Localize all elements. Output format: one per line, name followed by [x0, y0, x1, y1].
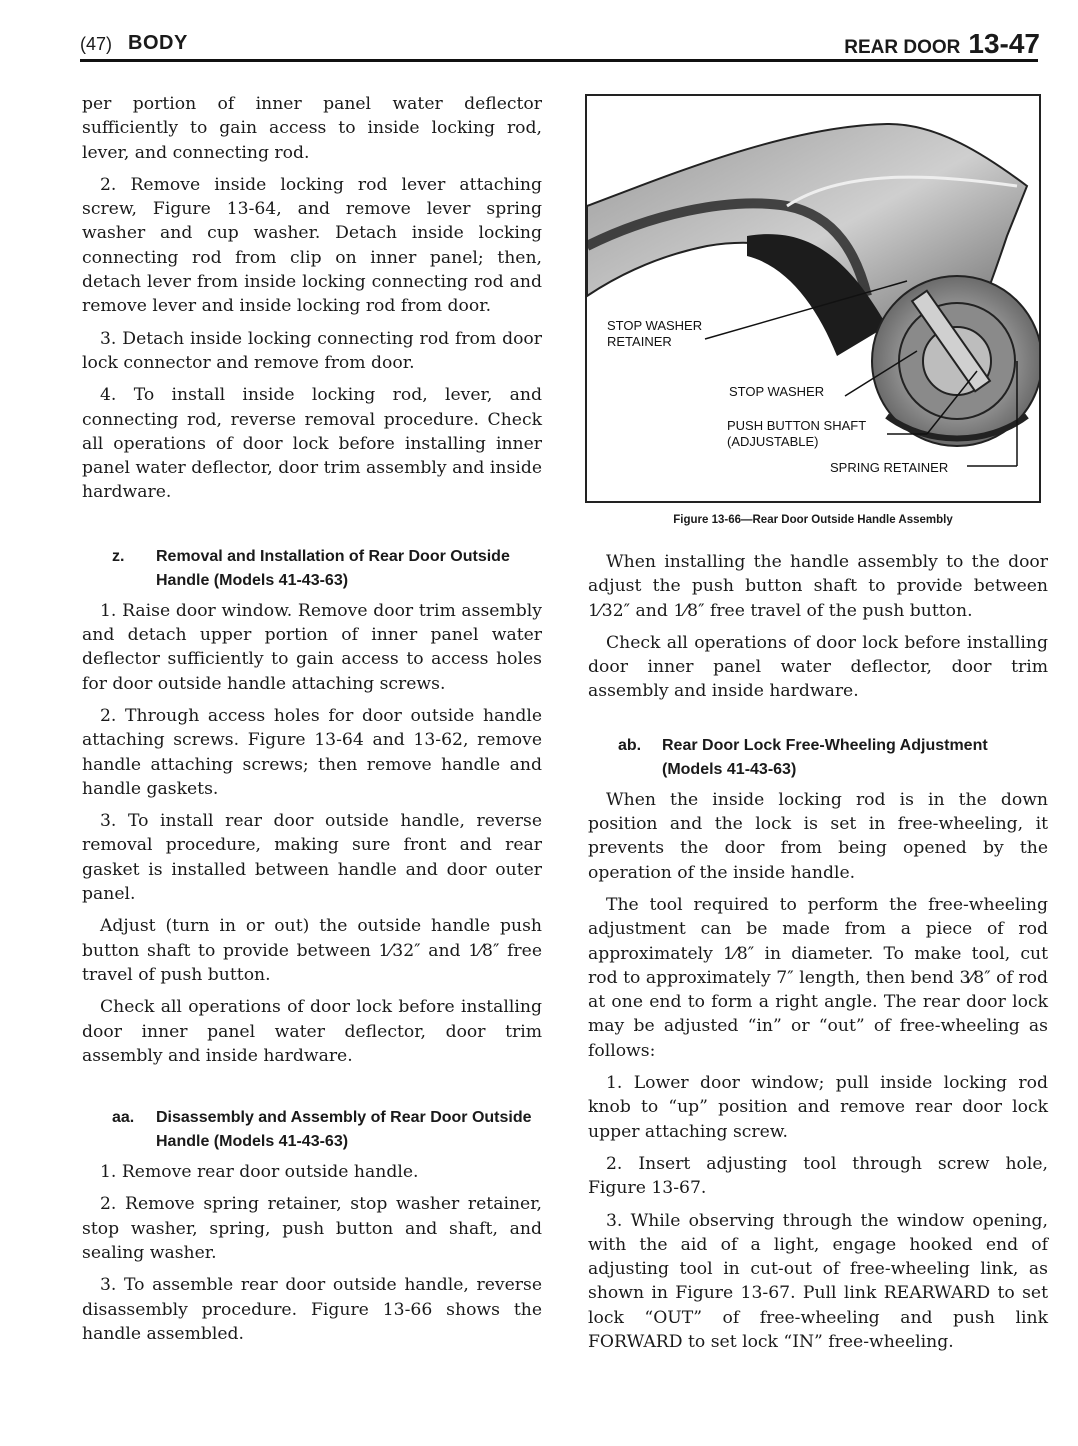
- paragraph: 4. To install inside locking rod, lever,…: [82, 383, 542, 504]
- section-letter: aa.: [112, 1106, 156, 1130]
- header-right: REAR DOOR13-47: [844, 28, 1040, 60]
- paragraph: 3. To assemble rear door outside handle,…: [82, 1273, 542, 1346]
- label-line: RETAINER: [607, 334, 702, 350]
- section-heading-text: Disassembly and Assembly of Rear Door Ou…: [156, 1109, 532, 1150]
- page-header: (47) BODY REAR DOOR13-47: [80, 28, 1040, 60]
- page-number: 13-47: [968, 28, 1040, 59]
- figure-13-66: STOP WASHER RETAINER STOP WASHER PUSH BU…: [585, 94, 1041, 503]
- label-stop-washer: STOP WASHER: [729, 384, 824, 400]
- paragraph: 1. Remove rear door outside handle.: [82, 1160, 542, 1184]
- section-heading-aa: aa.Disassembly and Assembly of Rear Door…: [82, 1106, 542, 1154]
- paragraph: 2. Remove spring retainer, stop washer r…: [82, 1192, 542, 1265]
- figure-caption: Figure 13-66—Rear Door Outside Handle As…: [585, 514, 1041, 526]
- paragraph: 3. To install rear door outside handle, …: [82, 809, 542, 906]
- label-spring-retainer: SPRING RETAINER: [830, 460, 948, 476]
- paragraph: Adjust (turn in or out) the outside hand…: [82, 914, 542, 987]
- paragraph: 3. Detach inside locking connecting rod …: [82, 327, 542, 376]
- paragraph: 1. Lower door window; pull inside lockin…: [588, 1071, 1048, 1144]
- section-letter: ab.: [618, 734, 662, 758]
- section-heading-ab: ab.Rear Door Lock Free-Wheeling Adjustme…: [588, 734, 1048, 782]
- paragraph: 2. Through access holes for door outside…: [82, 704, 542, 801]
- section-heading-text: Rear Door Lock Free-Wheeling Adjustment …: [662, 737, 988, 778]
- paragraph: 2. Insert adjusting tool through screw h…: [588, 1152, 1048, 1201]
- paragraph: Check all operations of door lock before…: [588, 631, 1048, 704]
- topic-title: REAR DOOR: [844, 37, 960, 58]
- header-rule: [80, 59, 1038, 62]
- paragraph: When installing the handle assembly to t…: [588, 550, 1048, 623]
- label-push-button-shaft: PUSH BUTTON SHAFT (ADJUSTABLE): [727, 418, 866, 450]
- paragraph: The tool required to perform the free-wh…: [588, 893, 1048, 1063]
- section-title: BODY: [128, 32, 188, 55]
- label-line: (ADJUSTABLE): [727, 434, 866, 450]
- label-stop-washer-retainer: STOP WASHER RETAINER: [607, 318, 702, 350]
- section-heading-text: Removal and Installation of Rear Door Ou…: [156, 548, 510, 589]
- paragraph: When the inside locking rod is in the do…: [588, 788, 1048, 885]
- paragraph: 3. While observing through the window op…: [588, 1209, 1048, 1355]
- label-line: STOP WASHER: [607, 318, 702, 334]
- paragraph: Check all operations of door lock before…: [82, 995, 542, 1068]
- right-column: When installing the handle assembly to t…: [588, 550, 1048, 1362]
- page-reference: (47): [80, 34, 112, 55]
- paragraph: 1. Raise door window. Remove door trim a…: [82, 599, 542, 696]
- label-line: PUSH BUTTON SHAFT: [727, 418, 866, 434]
- left-column: per portion of inner panel water deflect…: [82, 92, 542, 1354]
- section-letter: z.: [112, 545, 156, 569]
- section-heading-z: z.Removal and Installation of Rear Door …: [82, 545, 542, 593]
- paragraph: 2. Remove inside locking rod lever attac…: [82, 173, 542, 319]
- paragraph: per portion of inner panel water deflect…: [82, 92, 542, 165]
